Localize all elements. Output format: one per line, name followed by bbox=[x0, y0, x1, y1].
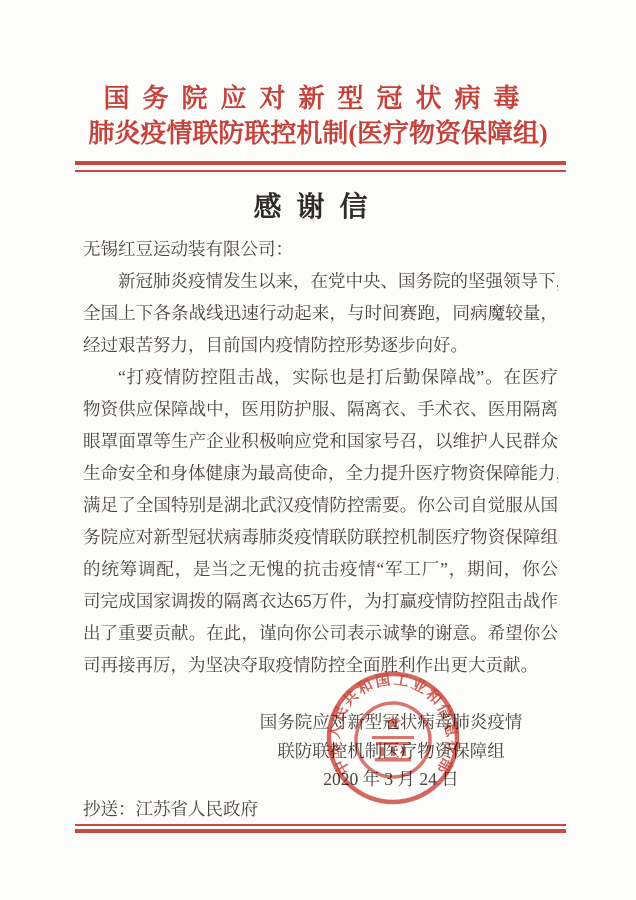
header-rule-thick bbox=[75, 161, 566, 165]
signature-org-line1: 国务院应对新型冠状病毒肺炎疫情 bbox=[231, 708, 551, 737]
body-line: 出了重要贡献。在此，谨向你公司表示诚挚的谢意。希望你公 bbox=[83, 617, 558, 649]
letterhead: 国务院应对新型冠状病毒 肺炎疫情联防联控机制(医疗物资保障组) bbox=[0, 84, 636, 150]
body-line: 全国上下各条战线迅速行动起来，与时间赛跑，同病魔较量， bbox=[83, 297, 558, 329]
body-line: 眼罩面罩等生产企业积极响应党和国家号召，以维护人民群众 bbox=[83, 425, 558, 457]
letterhead-line2: 肺炎疫情联防联控机制(医疗物资保障组) bbox=[0, 118, 636, 150]
body-line: 的统筹调配，是当之无愧的抗击疫情“军工厂”，期间，你公 bbox=[83, 553, 558, 585]
cc-line: 抄送：江苏省人民政府 bbox=[83, 799, 258, 820]
body-text: 无锡红豆运动装有限公司：新冠肺炎疫情发生以来，在党中央、国务院的坚强领导下，全国… bbox=[83, 233, 558, 681]
body-line: 务院应对新型冠状病毒肺炎疫情联防联控机制医疗物资保障组 bbox=[83, 521, 558, 553]
footer-rule-thin bbox=[75, 824, 566, 826]
body-line: 司完成国家调拨的隔离衣达65万件，为打赢疫情防控阻击战作 bbox=[83, 585, 558, 617]
body-line: 物资供应保障战中，医用防护服、隔离衣、手术衣、医用隔离 bbox=[83, 393, 558, 425]
body-line: 司再接再厉，为坚决夺取疫情防控全面胜利作出更大贡献。 bbox=[83, 649, 558, 681]
body-line: “打疫情防控阻击战，实际也是打后勤保障战”。在医疗 bbox=[83, 361, 558, 393]
body-line: 生命安全和身体健康为最高使命，全力提升医疗物资保障能力， bbox=[83, 457, 558, 489]
signature-date: 2020 年 3 月 24 日 bbox=[231, 765, 551, 794]
footer-rule-thick bbox=[75, 829, 566, 833]
body-line: 满足了全国特别是湖北武汉疫情防控需要。你公司自觉服从国 bbox=[83, 489, 558, 521]
header-rule-thin bbox=[75, 170, 566, 172]
body-line: 经过艰苦努力，目前国内疫情防控形势逐步向好。 bbox=[83, 329, 558, 361]
signature-org-line2: 联防联控机制医疗物资保障组 bbox=[231, 737, 551, 766]
footer-rule bbox=[75, 824, 566, 833]
body-line: 无锡红豆运动装有限公司： bbox=[83, 233, 558, 265]
letter-title: 感谢信 bbox=[0, 185, 636, 225]
letter-page: 国务院应对新型冠状病毒 肺炎疫情联防联控机制(医疗物资保障组) 感谢信 无锡红豆… bbox=[0, 0, 636, 900]
signature-block: 国务院应对新型冠状病毒肺炎疫情 联防联控机制医疗物资保障组 2020 年 3 月… bbox=[231, 708, 551, 794]
body-line: 新冠肺炎疫情发生以来，在党中央、国务院的坚强领导下， bbox=[83, 265, 558, 297]
header-rule bbox=[75, 161, 566, 172]
letterhead-line1: 国务院应对新型冠状病毒 bbox=[0, 84, 636, 114]
